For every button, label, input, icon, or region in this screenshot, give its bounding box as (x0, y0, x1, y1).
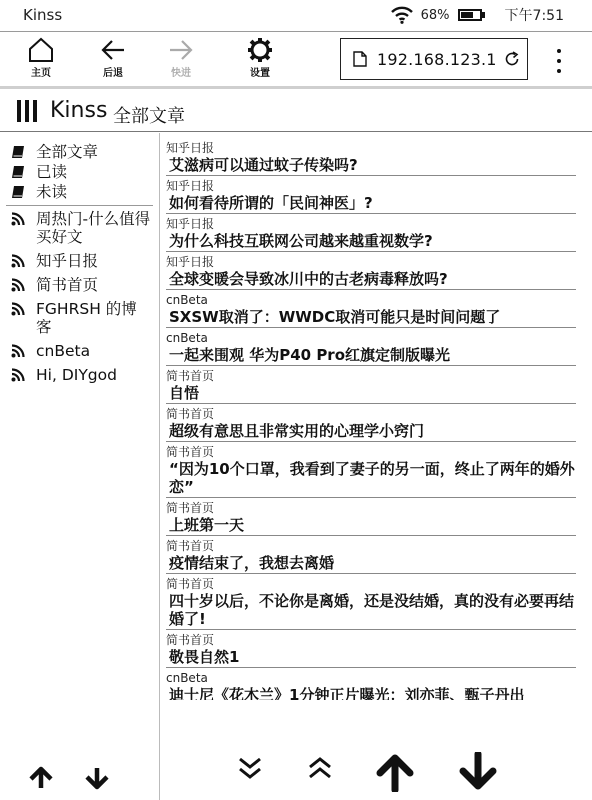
rss-icon (8, 276, 28, 294)
article-item[interactable]: 知乎日报艾滋病可以通过蚊子传染吗? (166, 138, 576, 176)
article-title: 迪士尼《花木兰》1分钟正片曝光：刘亦菲、甄子丹出 (166, 686, 576, 700)
rss-icon (8, 342, 28, 360)
app-logo: Kinss (50, 98, 107, 123)
article-title: 敬畏自然1 (166, 648, 576, 666)
home-icon (28, 37, 54, 63)
book-icon (8, 183, 28, 201)
article-item[interactable]: cnBetaSXSW取消了：WWDC取消可能只是时间问题了 (166, 290, 576, 328)
article-title: 全球变暖会导致冰川中的古老病毒释放吗? (166, 270, 576, 288)
article-source: 知乎日报 (166, 141, 576, 156)
sidebar-feed-zhihu[interactable]: 知乎日报 (0, 252, 159, 270)
wifi-icon (391, 6, 413, 24)
article-source: 简书首页 (166, 633, 576, 648)
article-item[interactable]: 简书首页自悟 (166, 366, 576, 404)
article-item[interactable]: 知乎日报如何看待所谓的「民间神医」? (166, 176, 576, 214)
status-bar: Kinss 68% 下午7:51 (0, 0, 592, 32)
arrow-up-icon[interactable] (375, 752, 415, 792)
double-chevron-up-icon[interactable] (306, 756, 334, 782)
article-item[interactable]: 简书首页上班第一天 (166, 498, 576, 536)
sidebar-item-read[interactable]: 已读 (0, 163, 159, 181)
sidebar: 全部文章 已读 未读 周热门-什么值得买好文 知乎日报 简书首页 FGHRSH … (0, 133, 160, 800)
sidebar-item-all[interactable]: 全部文章 (0, 143, 159, 161)
arrow-down-icon[interactable] (84, 766, 110, 790)
sidebar-scroll-controls (28, 766, 110, 790)
article-title: SXSW取消了：WWDC取消可能只是时间问题了 (166, 308, 576, 326)
back-label: 后退 (103, 64, 123, 79)
article-item[interactable]: 简书首页“因为10个口罩，我看到了妻子的另一面，终止了两年的婚外恋” (166, 442, 576, 498)
rss-icon (8, 366, 28, 384)
rss-icon (8, 210, 28, 228)
browser-toolbar: 主页 后退 快进 设置 192.168.123.1 (0, 33, 592, 89)
article-item[interactable]: 简书首页超级有意思且非常实用的心理学小窍门 (166, 404, 576, 442)
article-list: 知乎日报艾滋病可以通过蚊子传染吗? 知乎日报如何看待所谓的「民间神医」? 知乎日… (166, 138, 576, 701)
article-source: 简书首页 (166, 501, 576, 516)
page-controls (230, 752, 530, 796)
sidebar-feed-smzdm[interactable]: 周热门-什么值得买好文 (0, 210, 159, 246)
arrow-left-icon (100, 37, 126, 63)
sidebar-item-unread[interactable]: 未读 (0, 183, 159, 201)
article-title: 自悟 (166, 384, 576, 402)
article-item[interactable]: cnBeta迪士尼《花木兰》1分钟正片曝光：刘亦菲、甄子丹出 (166, 668, 576, 701)
article-item[interactable]: 简书首页四十岁以后，不论你是离婚，还是没结婚，真的没有必要再结婚了! (166, 574, 576, 630)
article-source: 知乎日报 (166, 217, 576, 232)
article-item[interactable]: 简书首页敬畏自然1 (166, 630, 576, 668)
settings-label: 设置 (250, 64, 270, 79)
sidebar-feed-fghrsh[interactable]: FGHRSH 的博客 (0, 300, 159, 336)
page-title: 全部文章 (113, 102, 185, 128)
url-text: 192.168.123.1 (377, 50, 497, 69)
reload-icon[interactable] (503, 50, 521, 68)
article-source: 知乎日报 (166, 255, 576, 270)
sidebar-feed-cnbeta[interactable]: cnBeta (0, 342, 159, 360)
status-app-name: Kinss (23, 6, 62, 24)
sidebar-feed-diygod[interactable]: Hi, DIYgod (0, 366, 159, 384)
book-icon (8, 143, 28, 161)
hamburger-icon[interactable] (17, 100, 37, 124)
article-item[interactable]: cnBeta一起来围观 华为P40 Pro红旗定制版曝光 (166, 328, 576, 366)
arrow-down-icon[interactable] (458, 752, 498, 792)
sidebar-feed-jianshu[interactable]: 简书首页 (0, 276, 159, 294)
article-source: cnBeta (166, 331, 576, 346)
gear-icon (247, 37, 273, 63)
url-bar[interactable]: 192.168.123.1 (340, 38, 528, 80)
article-source: 简书首页 (166, 577, 576, 592)
arrow-right-icon (168, 37, 194, 63)
article-title: 疫情结束了，我想去离婚 (166, 554, 576, 572)
forward-button[interactable]: 快进 (157, 37, 205, 85)
rss-icon (8, 300, 28, 318)
article-item[interactable]: 简书首页疫情结束了，我想去离婚 (166, 536, 576, 574)
article-title: “因为10个口罩，我看到了妻子的另一面，终止了两年的婚外恋” (166, 460, 576, 496)
back-button[interactable]: 后退 (89, 37, 137, 85)
article-title: 上班第一天 (166, 516, 576, 534)
arrow-up-icon[interactable] (28, 766, 54, 790)
status-time: 下午7:51 (505, 5, 564, 25)
home-label: 主页 (31, 64, 51, 79)
article-title: 超级有意思且非常实用的心理学小窍门 (166, 422, 576, 440)
article-title: 四十岁以后，不论你是离婚，还是没结婚，真的没有必要再结婚了! (166, 592, 576, 628)
article-source: 知乎日报 (166, 179, 576, 194)
article-title: 一起来围观 华为P40 Pro红旗定制版曝光 (166, 346, 576, 364)
article-source: cnBeta (166, 671, 576, 686)
article-title: 为什么科技互联网公司越来越重视数学? (166, 232, 576, 250)
article-item[interactable]: 知乎日报为什么科技互联网公司越来越重视数学? (166, 214, 576, 252)
app-header: Kinss 全部文章 (0, 92, 592, 132)
battery-icon (458, 9, 485, 21)
double-chevron-down-icon[interactable] (236, 756, 264, 782)
article-source: 简书首页 (166, 369, 576, 384)
settings-button[interactable]: 设置 (236, 37, 284, 85)
article-item[interactable]: 知乎日报全球变暖会导致冰川中的古老病毒释放吗? (166, 252, 576, 290)
status-indicators: 68% 下午7:51 (391, 5, 564, 25)
sidebar-divider (6, 205, 153, 206)
more-vertical-icon[interactable] (552, 49, 566, 73)
article-source: 简书首页 (166, 539, 576, 554)
article-source: cnBeta (166, 293, 576, 308)
article-title: 艾滋病可以通过蚊子传染吗? (166, 156, 576, 174)
home-button[interactable]: 主页 (17, 37, 65, 85)
book-icon (8, 163, 28, 181)
article-source: 简书首页 (166, 445, 576, 460)
page-icon (353, 51, 367, 67)
forward-label: 快进 (171, 64, 191, 79)
article-title: 如何看待所谓的「民间神医」? (166, 194, 576, 212)
article-source: 简书首页 (166, 407, 576, 422)
battery-percent: 68% (421, 8, 450, 23)
rss-icon (8, 252, 28, 270)
